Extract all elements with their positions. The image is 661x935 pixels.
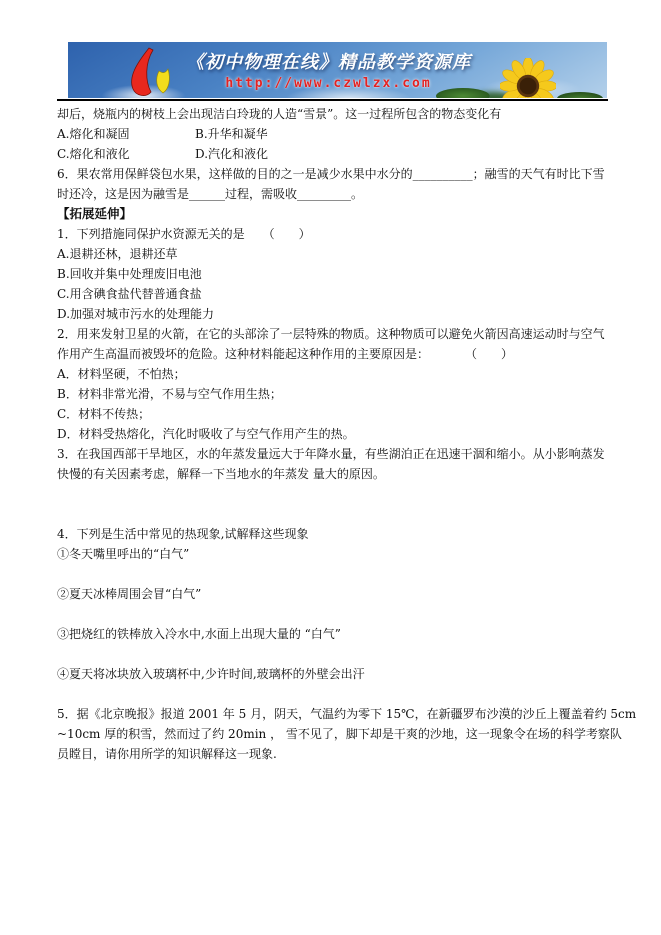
text-line: ④夏天将冰块放入玻璃杯中,少许时间,玻璃杯的外壁会出汗	[57, 664, 609, 684]
site-banner: 《初中物理在线》精品教学资源库 http://www.czwlzx.com	[68, 42, 607, 98]
text-line: B．材料非常光滑，不易与空气作用生热；	[57, 384, 609, 404]
text-line: C．材料不传热；	[57, 404, 609, 424]
text-line: 6．果农常用保鲜袋包水果，这样做的目的之一是减少水果中水分的__________…	[57, 164, 609, 184]
text-line: D.加强对城市污水的处理能力	[57, 304, 609, 324]
text-line: ①冬天嘴里呼出的“白气”	[57, 544, 609, 564]
text-line-column: D.汽化和液化	[195, 144, 268, 164]
text-line: D．材料受热熔化，汽化时吸收了与空气作用产生的热。	[57, 424, 609, 444]
text-line: 时还冷，这是因为融雪是______过程，需吸收_________。	[57, 184, 609, 204]
text-line: 2．用来发射卫星的火箭，在它的头部涂了一层特殊的物质。这种物质可以避免火箭因高速…	[57, 324, 609, 344]
text-line-column: A.熔化和凝固	[57, 124, 195, 144]
text-line: A．材料坚硬，不怕热；	[57, 364, 609, 384]
text-line: 【拓展延伸】	[57, 204, 609, 224]
banner-title: 《初中物理在线》精品教学资源库	[124, 52, 533, 74]
foliage-decoration	[436, 88, 490, 98]
text-line: ②夏天冰棒周围会冒“白气”	[57, 584, 609, 604]
text-line: 3．在我国西部干旱地区，水的年蒸发量远大于年降水量，有些湖泊正在迅速干涸和缩小。…	[57, 444, 609, 464]
text-line: 员瞠目，请你用所学的知识解释这一现象.	[57, 744, 609, 764]
blank-line	[57, 604, 609, 624]
text-line: 快慢的有关因素考虑，解释一下当地水的年蒸发 量大的原因。	[57, 464, 609, 484]
blank-line	[57, 644, 609, 664]
blank-line	[57, 684, 609, 704]
text-line: 4．下列是生活中常见的热现象,试解释这些现象	[57, 524, 609, 544]
document-page: 《初中物理在线》精品教学资源库 http://www.czwlzx.com	[0, 0, 661, 935]
text-line: 却后，烧瓶内的树枝上会出现洁白玲珑的人造“雪景”。这一过程所包含的物态变化有	[57, 104, 609, 124]
text-line: 5．据《北京晚报》报道 2001 年 5 月，阴天，气温约为零下 15℃，在新疆…	[57, 704, 609, 724]
text-line: 作用产生高温而被毁坏的危险。这种材料能起这种作用的主要原因是： （ ）	[57, 344, 609, 364]
text-line: 1．下列措施同保护水资源无关的是 （ ）	[57, 224, 609, 244]
text-line: C.用含碘食盐代替普通食盐	[57, 284, 609, 304]
text-line: ③把烧红的铁棒放入冷水中,水面上出现大量的 “白气”	[57, 624, 609, 644]
blank-line	[57, 484, 609, 504]
horizontal-rule	[57, 99, 608, 101]
sunflower-icon	[500, 58, 556, 98]
text-line: C.熔化和液化D.汽化和液化	[57, 144, 609, 164]
blank-line	[57, 564, 609, 584]
text-line-column: C.熔化和液化	[57, 144, 195, 164]
text-line-column: B.升华和凝华	[195, 124, 268, 144]
text-line: ~10cm 厚的积雪，然而过了约 20min ， 雪不见了，脚下却是干爽的沙地，…	[57, 724, 609, 744]
text-line: A.退耕还林，退耕还草	[57, 244, 609, 264]
text-line: A.熔化和凝固B.升华和凝华	[57, 124, 609, 144]
document-lines: 却后，烧瓶内的树枝上会出现洁白玲珑的人造“雪景”。这一过程所包含的物态变化有A.…	[57, 104, 609, 764]
text-line: B.回收并集中处理废旧电池	[57, 264, 609, 284]
blank-line	[57, 504, 609, 524]
foliage-decoration-right	[557, 92, 603, 98]
